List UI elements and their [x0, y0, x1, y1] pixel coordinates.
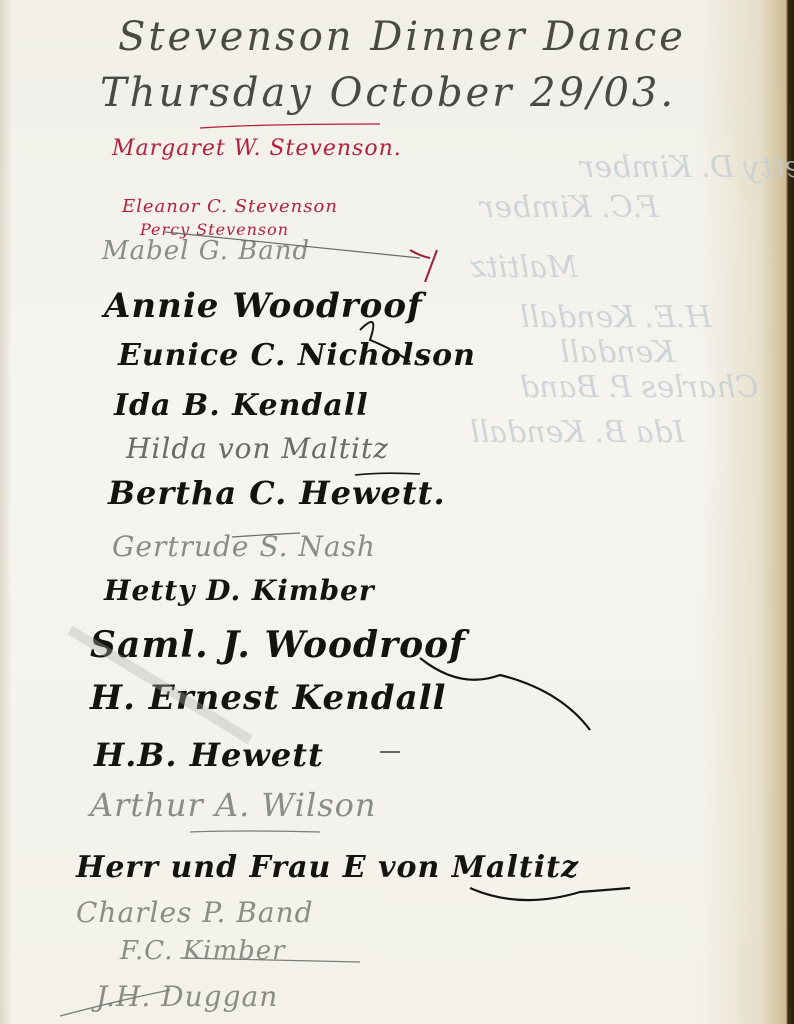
guestbook-page: Hetty D. Kimber F.C. Kimber Maltitz H.E.…	[0, 0, 794, 1024]
pen-flourish	[0, 0, 794, 1024]
